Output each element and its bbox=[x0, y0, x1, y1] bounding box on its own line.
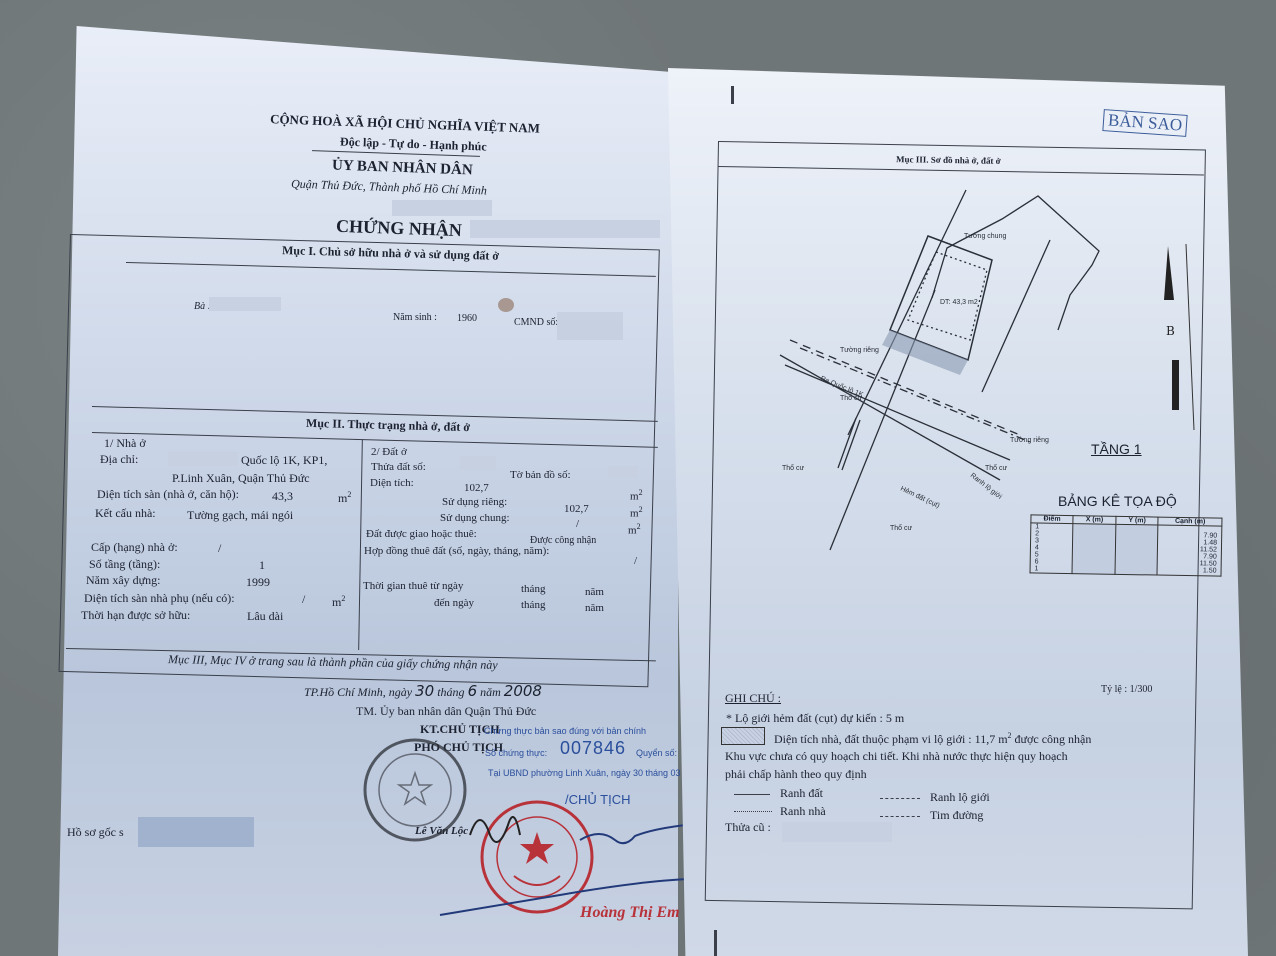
redacted-map-sheet bbox=[608, 466, 638, 478]
original-file-label: Hồ sơ gốc s bbox=[67, 825, 124, 840]
house-heading: 1/ Nhà ở bbox=[104, 436, 146, 451]
shared-use-label: Sử dụng chung: bbox=[440, 512, 510, 524]
lease-contract-label: Hợp đồng thuê đất (số, ngày, tháng, năm)… bbox=[364, 545, 549, 557]
lease-contract-value: / bbox=[634, 555, 637, 567]
label-shared-wall: Tường chung bbox=[964, 233, 1006, 240]
grade-value: / bbox=[218, 541, 221, 556]
neighbor-lot-outline bbox=[932, 196, 1099, 330]
redacted-original-file bbox=[138, 817, 254, 847]
svg-text:B: B bbox=[1166, 324, 1175, 338]
legend-label-centerline: Tim đường bbox=[930, 808, 983, 823]
table-row: 1 bbox=[1035, 565, 1068, 573]
land-heading: 2/ Đất ở bbox=[371, 446, 407, 458]
certificate-title: CHỨNG NHẬN bbox=[336, 216, 462, 241]
cert-line1: Chứng thực bản sao đúng với bản chính bbox=[484, 726, 646, 736]
label-private-wall-2: Tường riêng bbox=[1010, 437, 1049, 444]
on-behalf: TM. Ủy ban nhân dân Quận Thủ Đức bbox=[356, 704, 536, 719]
address-line1: Quốc lộ 1K, KP1, bbox=[241, 453, 327, 468]
legend-dashed-line bbox=[880, 798, 920, 799]
redacted-number bbox=[392, 200, 492, 216]
note-line-4: phải chấp hành theo quy định bbox=[725, 767, 867, 782]
redacted-owner-name bbox=[209, 297, 281, 311]
old-plot-label: Thửa cũ : bbox=[725, 820, 771, 835]
lease-from-month-label: tháng bbox=[521, 583, 545, 595]
left-boundary-2 bbox=[848, 190, 966, 435]
page-mark-bottom bbox=[714, 930, 717, 956]
shared-use-value: / bbox=[576, 518, 579, 530]
y-column-redacted bbox=[1115, 524, 1158, 575]
encroachment-area bbox=[882, 330, 968, 375]
legend-label-house: Ranh nhà bbox=[780, 804, 826, 819]
unit-text: m bbox=[338, 491, 347, 505]
ownership-term-label: Thời hạn được sở hữu: bbox=[81, 608, 190, 623]
road-edge-1 bbox=[785, 365, 1010, 460]
floor-label: TẦNG 1 bbox=[1091, 441, 1142, 457]
birth-year: 1960 bbox=[457, 313, 477, 324]
redacted-house-number bbox=[168, 452, 238, 466]
legend-label-road-boundary: Ranh lộ giới bbox=[930, 790, 990, 805]
points-column: 1 2 3 4 5 6 1 bbox=[1030, 523, 1073, 574]
label-house-area: DT: 43,3 m2 bbox=[940, 299, 978, 306]
grade-label: Cấp (hạng) nhà ở: bbox=[91, 540, 178, 555]
year-built-label: Năm xây dựng: bbox=[86, 573, 161, 588]
note-line-3: Khu vực chưa có quy hoạch chi tiết. Khi … bbox=[725, 749, 1068, 764]
cert-role: /CHỦ TỊCH bbox=[565, 792, 630, 807]
id-label: CMND số: bbox=[514, 317, 558, 328]
address-line2: P.Linh Xuân, Quận Thủ Đức bbox=[172, 471, 310, 486]
edges-column: 7.90 1.48 11.52 7.90 11.50 1.50 bbox=[1157, 525, 1221, 576]
label-residential-4: Thổ cư bbox=[890, 524, 913, 532]
private-use-unit: m2 bbox=[630, 505, 643, 520]
section3-heading: Mục III. Sơ đồ nhà ở, đất ở bbox=[896, 154, 1001, 166]
sign-day: 30 bbox=[415, 682, 434, 700]
legend-dotted-line bbox=[734, 811, 772, 812]
coordinate-table-body: 1 2 3 4 5 6 1 7.90 1.48 11.52 7.90 11.50… bbox=[1030, 523, 1222, 576]
redacted-id-number bbox=[557, 312, 623, 340]
redacted-plot-number bbox=[460, 456, 496, 470]
boundary-line-1 bbox=[790, 340, 1020, 435]
table-row: 1.50 bbox=[1162, 567, 1217, 575]
redacted-cert-number bbox=[470, 220, 660, 238]
birth-year-label: Năm sinh : bbox=[393, 312, 437, 323]
cert-number: 007846 bbox=[560, 738, 626, 759]
cert-number-label: Số chứng thực: bbox=[485, 748, 547, 758]
structure-label: Kết cấu nhà: bbox=[95, 506, 156, 521]
shared-use-unit: m2 bbox=[628, 522, 641, 537]
aux-area-value: / bbox=[302, 592, 305, 607]
floor-area-label: Diện tích sàn (nhà ở, căn hộ): bbox=[97, 487, 239, 502]
x-column-redacted bbox=[1072, 524, 1116, 575]
sign-year: 2008 bbox=[504, 682, 542, 700]
encroachment-legend-swatch bbox=[721, 727, 765, 745]
label-residential-3: Thổ cư bbox=[985, 464, 1008, 472]
lease-from-label: Thời gian thuê từ ngày bbox=[363, 580, 463, 592]
lease-to-year-label: năm bbox=[585, 602, 604, 614]
stain bbox=[498, 298, 514, 312]
label-alley: Hẻm đất (cụt) bbox=[899, 484, 941, 510]
aux-area-unit: m2 bbox=[332, 594, 345, 610]
month-label: tháng bbox=[437, 685, 464, 699]
note-line-2-suffix: được công nhận bbox=[1012, 732, 1092, 746]
lease-from-year-label: năm bbox=[585, 586, 604, 598]
legend-label-land: Ranh đất bbox=[780, 786, 823, 801]
area-value: 102,7 bbox=[464, 482, 489, 494]
scale-label: Tỷ lệ : 1/300 bbox=[1101, 684, 1152, 695]
road-edge-2 bbox=[780, 355, 1000, 480]
sign-month: 6 bbox=[468, 682, 478, 700]
ownership-term-value: Lâu dài bbox=[247, 609, 283, 624]
label-residential-2: Thổ cư bbox=[782, 464, 805, 472]
year-built-value: 1999 bbox=[246, 575, 270, 590]
label-boundary: Ranh lộ giới bbox=[969, 472, 1003, 501]
place-date-prefix: TP.Hồ Chí Minh, ngày bbox=[304, 685, 412, 699]
floor-area-unit: m2 bbox=[338, 490, 351, 506]
aux-area-label: Diện tích sàn nhà phụ (nếu có): bbox=[84, 591, 235, 606]
floors-value: 1 bbox=[259, 558, 265, 573]
right-boundary bbox=[982, 240, 1050, 392]
left-boundary-1 bbox=[830, 290, 935, 550]
private-use-label: Sử dụng riêng: bbox=[442, 496, 507, 508]
coordinate-table: Điểm X (m) Y (m) Cạnh (m) 1 2 3 4 5 6 1 … bbox=[1029, 514, 1222, 576]
cert-signer-name: Hoàng Thị Em bbox=[580, 904, 680, 922]
alley-edge-2 bbox=[838, 418, 856, 468]
allocation-label: Đất được giao hoặc thuê: bbox=[366, 528, 477, 540]
floor-area-value: 43,3 bbox=[272, 489, 293, 504]
floors-label: Số tầng (tầng): bbox=[89, 557, 160, 572]
north-arrow-icon: B bbox=[1160, 240, 1200, 430]
legend-dashdot-line bbox=[880, 816, 920, 817]
area-unit: m2 bbox=[630, 488, 643, 503]
coordinate-table-title: BẢNG KÊ TỌA ĐỘ bbox=[1058, 493, 1177, 509]
map-sheet-label: Tờ bản đồ số: bbox=[510, 469, 571, 481]
notes-heading: GHI CHÚ : bbox=[725, 691, 781, 706]
lease-to-month-label: tháng bbox=[521, 599, 545, 611]
private-use-value: 102,7 bbox=[564, 503, 589, 515]
place-date: TP.Hồ Chí Minh, ngày 30 tháng 6 năm 2008 bbox=[304, 682, 542, 700]
structure-value: Tường gạch, mái ngói bbox=[187, 508, 293, 523]
area-label: Diện tích: bbox=[370, 477, 414, 489]
label-private-wall-1: Tường riêng bbox=[840, 347, 879, 354]
lease-to-label: đến ngày bbox=[434, 597, 474, 609]
note-line-2-prefix: Diện tích nhà, đất thuộc phạm vi lộ giới… bbox=[774, 732, 1008, 746]
year-label: năm bbox=[480, 685, 501, 699]
page-mark bbox=[731, 86, 734, 104]
note-line-2: Diện tích nhà, đất thuộc phạm vi lộ giới… bbox=[774, 731, 1091, 747]
legend-solid-line bbox=[734, 794, 770, 795]
cert-book-label: Quyển số: bbox=[636, 748, 677, 758]
note-line-1: * Lộ giới hẻm đất (cụt) dự kiến : 5 m bbox=[726, 711, 904, 726]
address-label: Địa chỉ: bbox=[100, 452, 138, 467]
redacted-old-plot bbox=[782, 822, 892, 842]
unit-text: m bbox=[332, 595, 341, 609]
plot-label: Thửa đất số: bbox=[371, 461, 426, 473]
